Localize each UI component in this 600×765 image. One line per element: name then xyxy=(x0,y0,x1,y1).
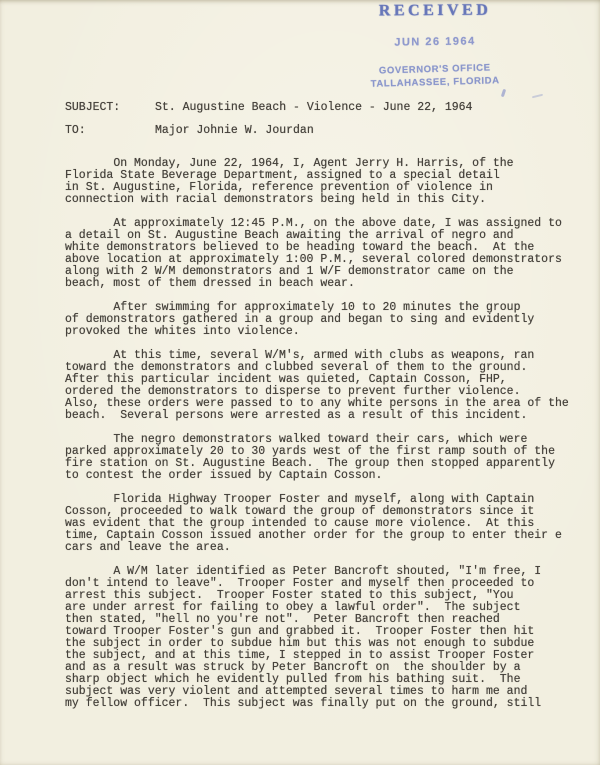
memo-header: SUBJECT: St. Augustine Beach - Violence … xyxy=(65,102,575,148)
paragraph-4: At this time, several W/M's, armed with … xyxy=(65,350,585,422)
paragraph-2: At approximately 12:45 P.M., on the abov… xyxy=(65,218,585,290)
paragraph-5: The negro demonstrators walked toward th… xyxy=(65,434,585,482)
to-label: TO: xyxy=(65,125,155,137)
to-value: Major Johnie W. Jourdan xyxy=(155,125,575,137)
received-stamp: RECEIVED JUN 26 1964 GOVERNOR'S OFFICE T… xyxy=(330,2,540,89)
stamp-received-text: RECEIVED xyxy=(330,1,540,20)
subject-label: SUBJECT: xyxy=(65,102,155,114)
stamp-date: JUN 26 1964 xyxy=(330,35,540,50)
paragraph-3: After swimming for approximately 10 to 2… xyxy=(65,302,585,338)
stamp-office: GOVERNOR'S OFFICE TALLAHASSEE, FLORIDA xyxy=(330,60,541,92)
stamp-ink-mark xyxy=(532,94,543,99)
paragraph-1: On Monday, June 22, 1964, I, Agent Jerry… xyxy=(65,158,585,206)
subject-value: St. Augustine Beach - Violence - June 22… xyxy=(155,102,575,114)
subject-row: SUBJECT: St. Augustine Beach - Violence … xyxy=(65,102,575,114)
paragraph-7: A W/M later identified as Peter Bancroft… xyxy=(65,566,585,710)
stamp-ink-mark xyxy=(501,89,506,98)
to-row: TO: Major Johnie W. Jourdan xyxy=(65,125,575,137)
memo-page: RECEIVED JUN 26 1964 GOVERNOR'S OFFICE T… xyxy=(0,0,600,765)
paragraph-6: Florida Highway Trooper Foster and mysel… xyxy=(65,494,585,554)
memo-body: On Monday, June 22, 1964, I, Agent Jerry… xyxy=(65,158,585,722)
